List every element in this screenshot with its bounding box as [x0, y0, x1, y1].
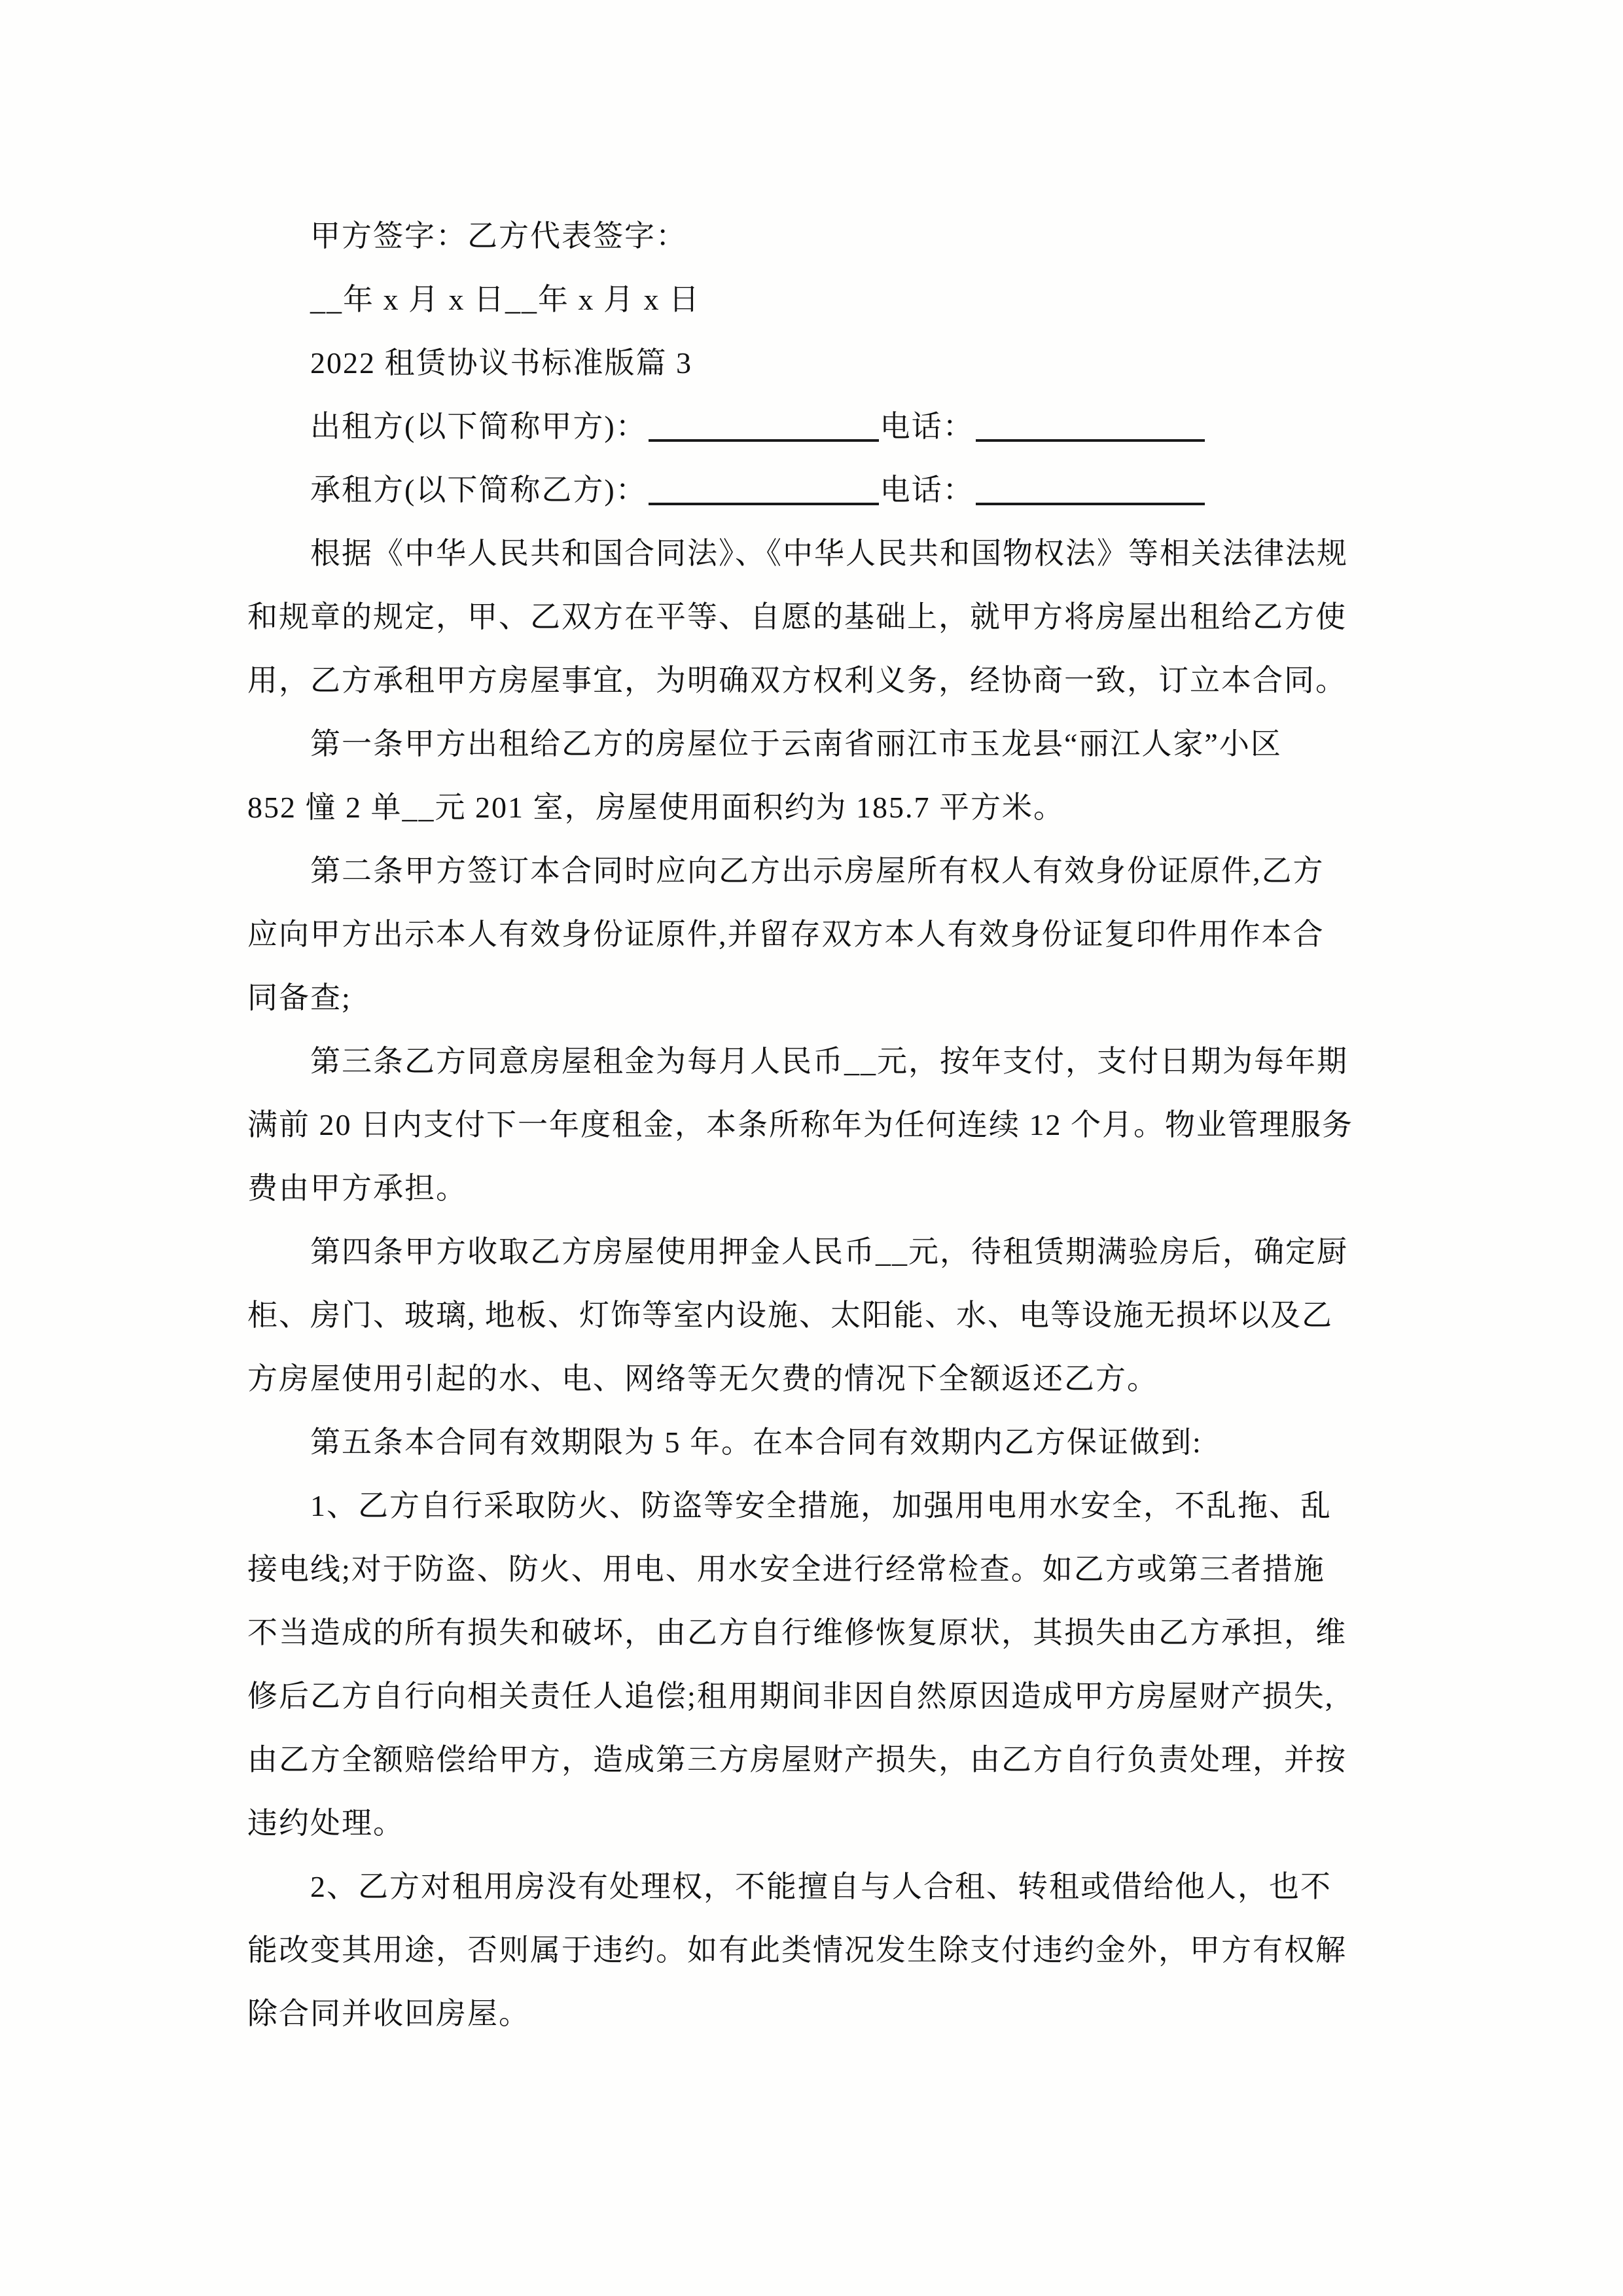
text-line: 满前 20 日内支付下一年度租金，本条所称年为任何连续 12 个月。物业管理服务	[247, 1093, 1380, 1157]
text-line: 费由甲方承担。	[247, 1157, 1380, 1220]
text-line: 2022 租赁协议书标准版篇 3	[247, 331, 1380, 395]
text-line: 甲方签字：乙方代表签字：	[247, 204, 1380, 268]
text-line: 修后乙方自行向相关责任人追偿;租用期间非因自然原因造成甲方房屋财产损失,	[247, 1664, 1380, 1728]
fill-in-blank-line	[649, 433, 879, 442]
text-line: 第三条乙方同意房屋租金为每月人民币__元，按年支付，支付日期为每年期	[247, 1030, 1380, 1093]
text-segment: 承租方(以下简称乙方)：	[310, 473, 647, 507]
text-line: 和规章的规定，甲、乙双方在平等、自愿的基础上，就甲方将房屋出租给乙方使	[247, 585, 1380, 649]
text-line: 2、乙方对租用房没有处理权，不能擅自与人合租、转租或借给他人，也不	[247, 1855, 1380, 1918]
document-page: 甲方签字：乙方代表签字：__年 x 月 x 日__年 x 月 x 日2022 租…	[0, 0, 1623, 2296]
text-line: 第四条甲方收取乙方房屋使用押金人民币__元，待租赁期满验房后，确定厨	[247, 1220, 1380, 1283]
text-line: 同备查;	[247, 966, 1380, 1030]
text-line: 用，乙方承租甲方房屋事宜，为明确双方权利义务，经协商一致，订立本合同。	[247, 649, 1380, 712]
text-line: 852 憧 2 单__元 201 室，房屋使用面积约为 185.7 平方米。	[247, 776, 1380, 839]
text-segment: 出租方(以下简称甲方)：	[310, 410, 647, 443]
text-line: 1、乙方自行采取防火、防盗等安全措施，加强用电用水安全，不乱拖、乱	[247, 1474, 1380, 1537]
fill-in-blank-line	[649, 496, 879, 505]
text-segment: 电话：	[880, 473, 974, 507]
text-line: 能改变其用途，否则属于违约。如有此类情况发生除支付违约金外，甲方有权解	[247, 1918, 1380, 1982]
text-line: 第一条甲方出租给乙方的房屋位于云南省丽江市玉龙县“丽江人家”小区	[247, 712, 1380, 776]
text-line: 由乙方全额赔偿给甲方，造成第三方房屋财产损失，由乙方自行负责处理，并按	[247, 1728, 1380, 1791]
text-line: 第二条甲方签订本合同时应向乙方出示房屋所有权人有效身份证原件,乙方	[247, 839, 1380, 903]
text-line: 违约处理。	[247, 1791, 1380, 1855]
document-body: 甲方签字：乙方代表签字：__年 x 月 x 日__年 x 月 x 日2022 租…	[247, 204, 1380, 2045]
text-line: 根据《中华人民共和国合同法》、《中华人民共和国物权法》等相关法律法规	[247, 522, 1380, 585]
text-segment: 电话：	[880, 410, 974, 443]
fill-in-blank-line	[976, 496, 1205, 505]
text-line: 柜、房门、玻璃, 地板、灯饰等室内设施、太阳能、水、电等设施无损坏以及乙	[247, 1283, 1380, 1347]
text-line: 不当造成的所有损失和破坏，由乙方自行维修恢复原状，其损失由乙方承担，维	[247, 1601, 1380, 1664]
text-line: 接电线;对于防盗、防火、用电、用水安全进行经常检查。如乙方或第三者措施	[247, 1537, 1380, 1601]
text-line: 方房屋使用引起的水、电、网络等无欠费的情况下全额返还乙方。	[247, 1347, 1380, 1410]
text-line: 第五条本合同有效期限为 5 年。在本合同有效期内乙方保证做到:	[247, 1410, 1380, 1474]
text-line: 承租方(以下简称乙方)：电话：	[247, 458, 1380, 522]
text-line: __年 x 月 x 日__年 x 月 x 日	[247, 268, 1380, 331]
text-line: 应向甲方出示本人有效身份证原件,并留存双方本人有效身份证复印件用作本合	[247, 903, 1380, 966]
text-line: 出租方(以下简称甲方)：电话：	[247, 395, 1380, 458]
fill-in-blank-line	[976, 433, 1205, 442]
text-line: 除合同并收回房屋。	[247, 1982, 1380, 2045]
